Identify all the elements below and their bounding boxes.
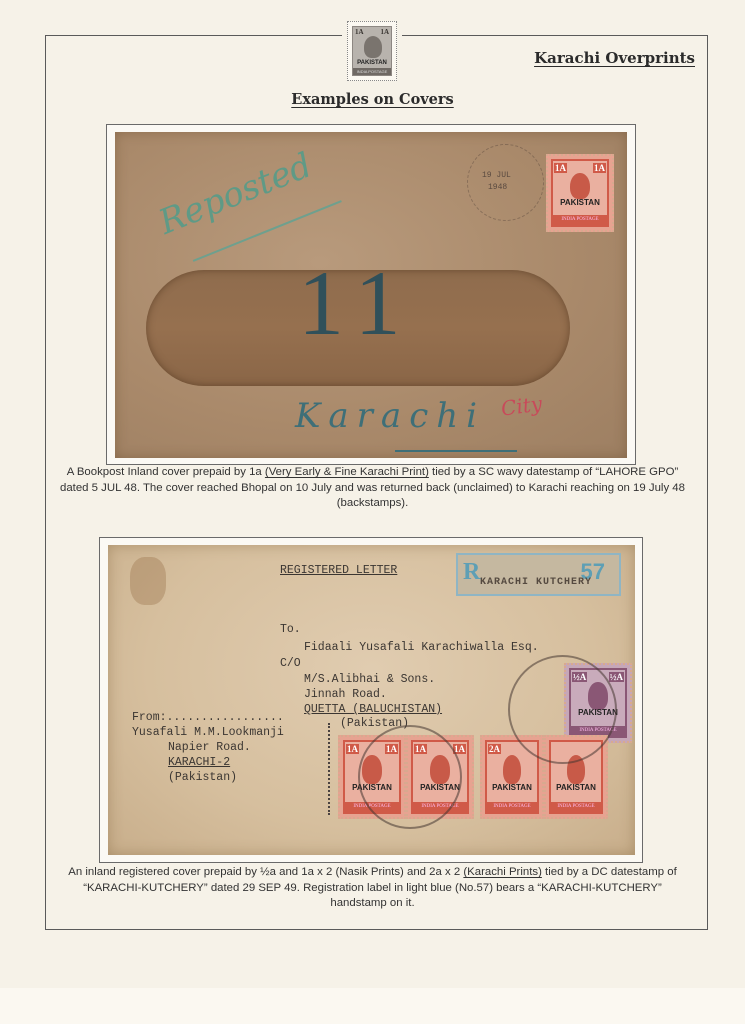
to-label: To.	[280, 623, 301, 636]
handwritten-numeral: 11	[298, 250, 415, 356]
stamp-band: INDIA POSTAGE	[487, 802, 537, 812]
caption-text: A Bookpost Inland cover prepaid by 1a	[67, 466, 265, 478]
stamp-overprint: PAKISTAN	[487, 783, 537, 792]
postmark-year: 1948	[488, 183, 507, 192]
addressee: Fidaali Yusafali Karachiwalla Esq.	[304, 641, 539, 654]
stamp-1a-karachi-print: 1A 1A PAKISTAN INDIA POSTAGE	[546, 154, 614, 232]
registration-label: R 57 KARACHI KUTCHERY	[456, 553, 621, 596]
stamp-value: 1A	[380, 28, 389, 36]
stamp-value: 1A	[593, 163, 606, 173]
sender-line: Napier Road.	[168, 741, 251, 754]
divider-line	[328, 723, 332, 815]
caption-text: An inland registered cover prepaid by ½a…	[68, 866, 463, 878]
cover-2-caption: An inland registered cover prepaid by ½a…	[60, 865, 685, 912]
subtitle-text: Examples on Covers	[291, 91, 453, 108]
handwritten-annotation: Reposted	[153, 145, 317, 242]
stamp-overprint: PAKISTAN	[551, 783, 601, 792]
address-line: M/S.Alibhai & Sons.	[304, 673, 435, 686]
page-subtitle: Examples on Covers	[0, 91, 745, 108]
from-label: From:.................	[132, 711, 284, 724]
stamp-value: ½A	[609, 672, 624, 682]
sender-line: KARACHI-2	[168, 756, 230, 769]
stamp-value: 1A	[554, 163, 567, 173]
stamp-band: INDIA POSTAGE	[553, 215, 607, 225]
stamp-band: INDIA POSTAGE	[353, 68, 391, 75]
cover-1-image: Reposted 19 JUL 1948 1A 1A PAKISTAN INDI…	[115, 132, 627, 458]
king-portrait-icon	[503, 755, 521, 784]
king-portrait-icon	[570, 173, 589, 200]
handwritten-red-note: City	[500, 391, 544, 420]
registered-letter-heading: REGISTERED LETTER	[280, 564, 397, 577]
address-line: QUETTA (BALUCHISTAN)	[304, 703, 442, 716]
caption-emphasis: (Very Early & Fine Karachi Print)	[265, 466, 429, 478]
dc-datestamp	[358, 725, 462, 829]
address-underline	[395, 450, 517, 452]
header-stamp-image: 1A 1A PAKISTAN INDIA POSTAGE	[347, 21, 397, 81]
page-bottom-edge	[0, 988, 745, 1024]
registration-handstamp: KARACHI KUTCHERY	[480, 577, 592, 588]
stain	[130, 557, 166, 605]
sender-line: (Pakistan)	[168, 771, 237, 784]
cover-1-caption: A Bookpost Inland cover prepaid by 1a (V…	[60, 465, 685, 512]
page-title: Karachi Overprints	[534, 49, 695, 67]
postmark-date: 19 JUL	[482, 171, 511, 180]
registration-letter: R	[463, 559, 480, 586]
dc-datestamp	[508, 655, 617, 764]
stamp-value: 1A	[355, 28, 364, 36]
stamp-overprint: PAKISTAN	[553, 198, 607, 207]
address-line: Jinnah Road.	[304, 688, 387, 701]
stamp-value: 1A	[346, 744, 359, 754]
cover-2-image: REGISTERED LETTER R 57 KARACHI KUTCHERY …	[108, 545, 635, 855]
king-portrait-icon	[364, 36, 382, 58]
postmark: 19 JUL 1948	[467, 144, 544, 221]
stamp-band: INDIA POSTAGE	[551, 802, 601, 812]
sender-line: Yusafali M.M.Lookmanji	[132, 726, 284, 739]
care-of: C/O	[280, 657, 301, 670]
stamp-overprint: PAKISTAN	[353, 60, 391, 66]
caption-emphasis: (Karachi Prints)	[463, 866, 542, 878]
handwritten-address: Karachi	[295, 396, 485, 436]
stamp-value: 2A	[488, 744, 501, 754]
